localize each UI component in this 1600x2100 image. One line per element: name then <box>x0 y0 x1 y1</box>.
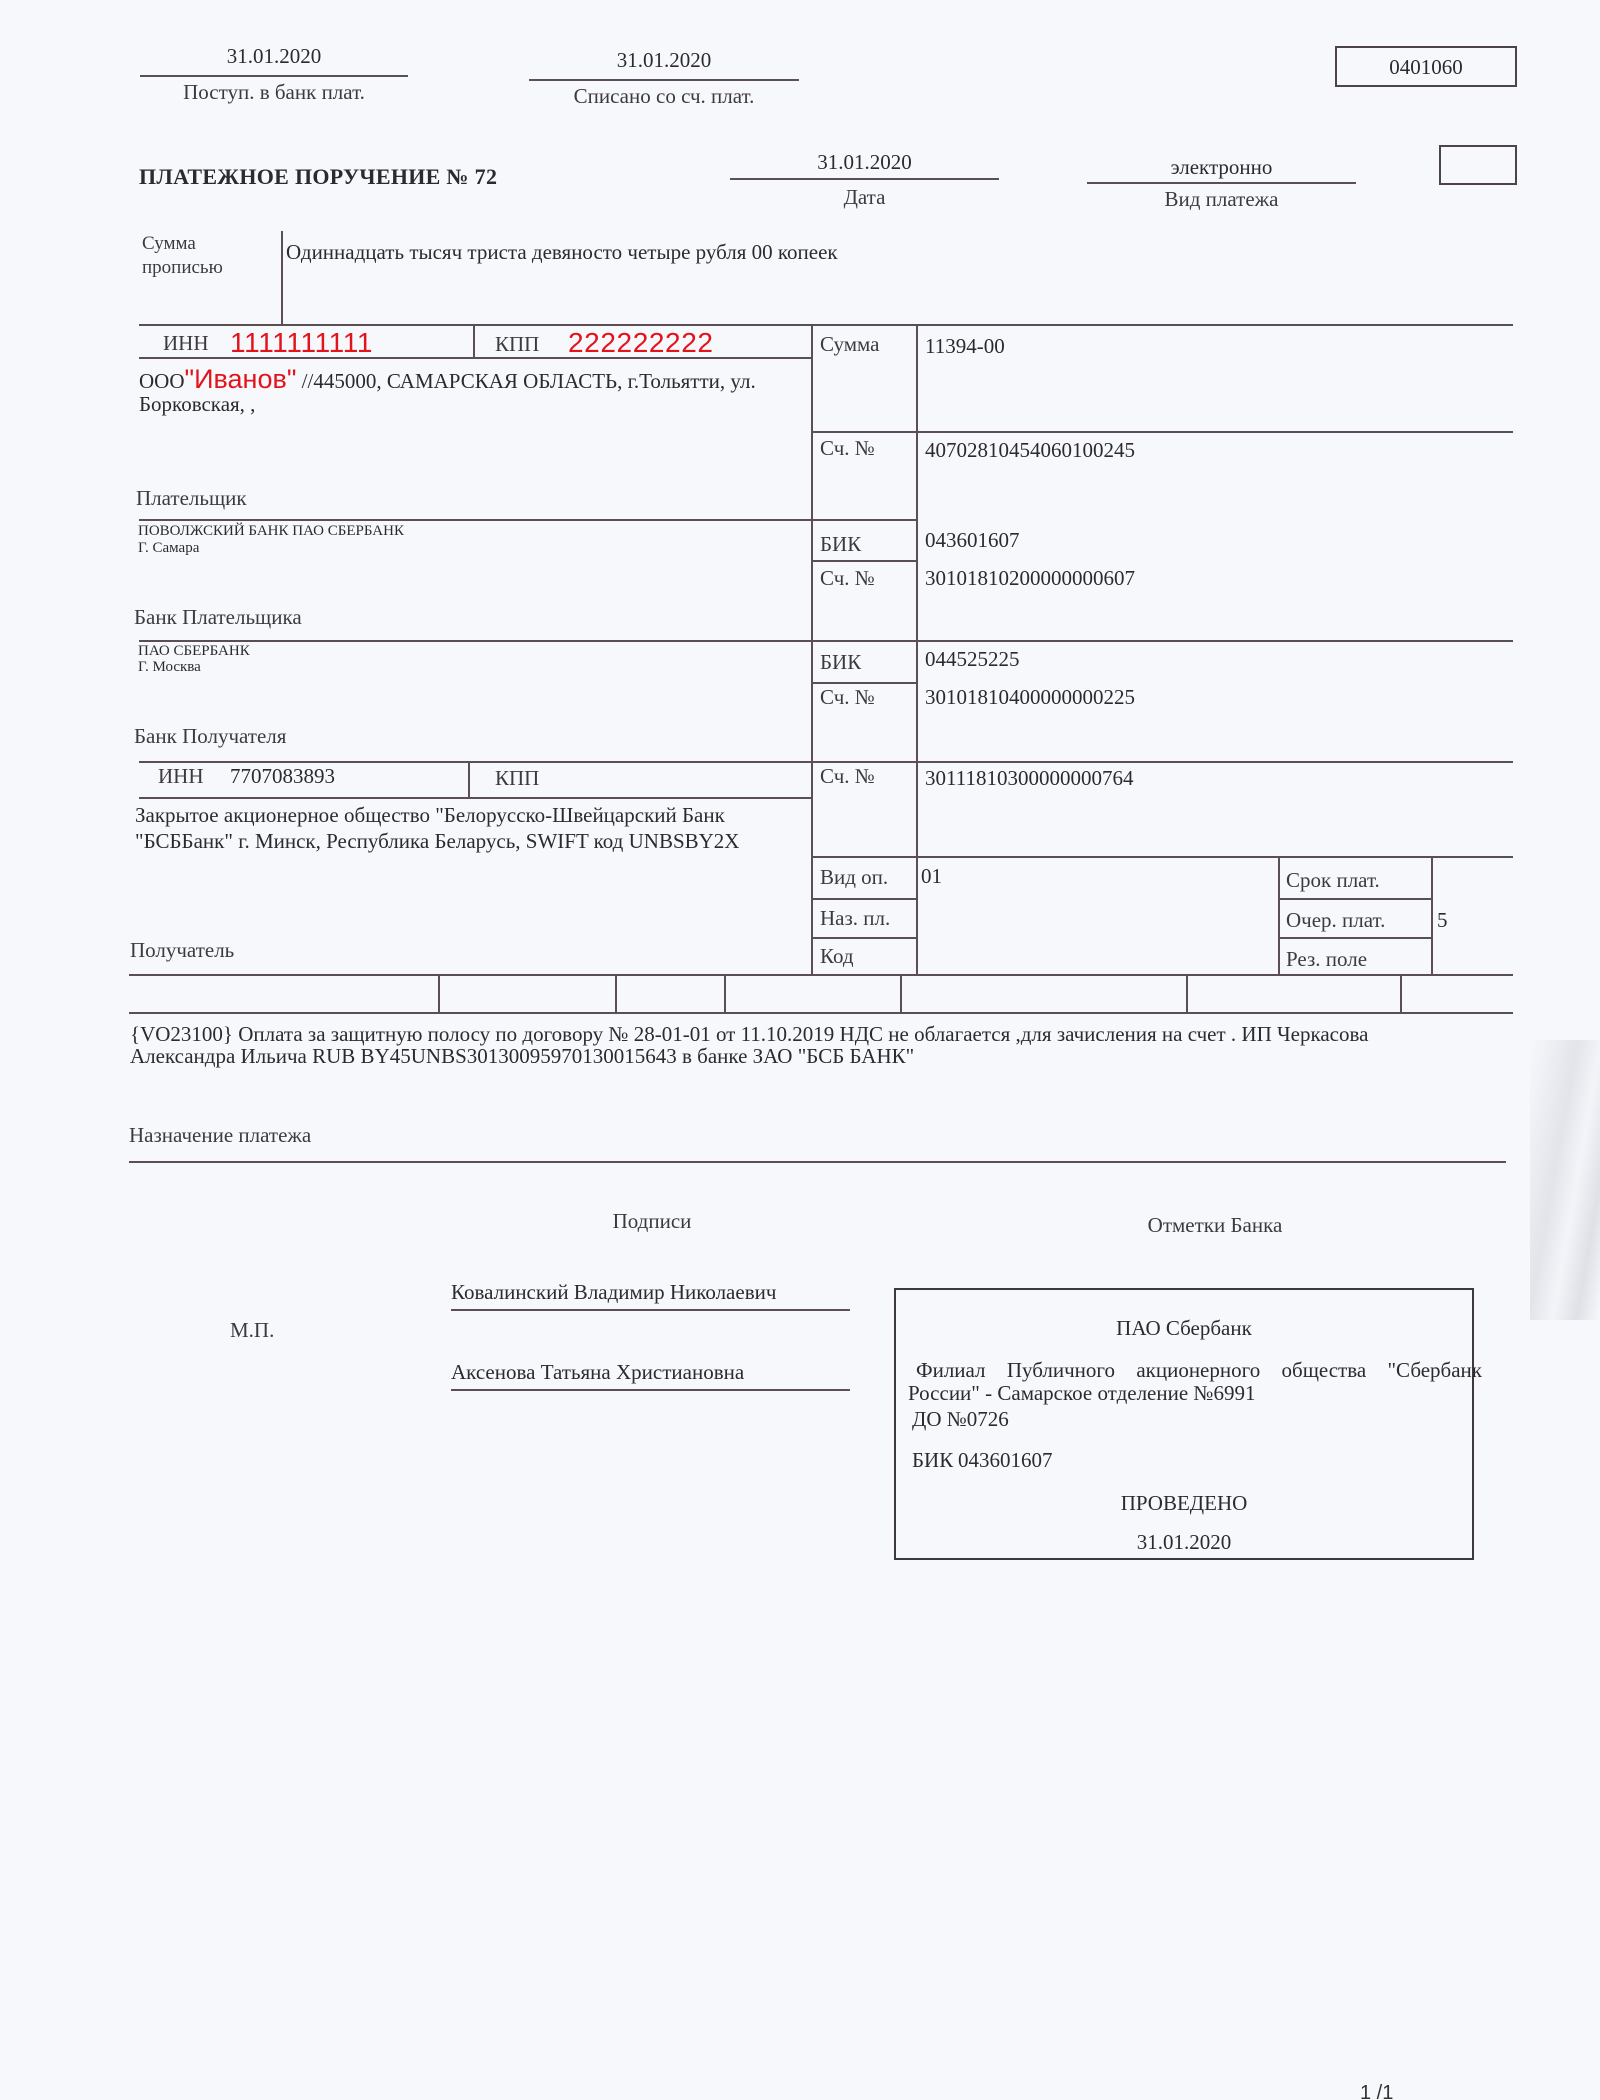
rule <box>813 898 918 900</box>
stamp-status: ПРОВЕДЕНО <box>896 1492 1472 1514</box>
signer-1: Ковалинский Владимир Николаевич <box>451 1281 776 1303</box>
payment-priority: 5 <box>1437 909 1448 931</box>
payee-name-line-2: "БСББанк" г. Минск, Республика Беларусь,… <box>135 830 739 852</box>
stamp-bank-name: ПАО Сбербанк <box>896 1317 1472 1339</box>
payer-name-prefix: ООО <box>139 369 185 393</box>
rule <box>140 75 408 77</box>
amount-words: Одиннадцать тысяч триста девяносто четыр… <box>286 241 838 263</box>
seal-placeholder: М.П. <box>230 1319 274 1341</box>
tax-field <box>438 975 615 1012</box>
rule <box>813 431 1513 433</box>
rule <box>139 797 813 799</box>
reserved-field-label: Рез. поле <box>1286 948 1367 970</box>
payee-bank-account: 30101810400000000225 <box>925 686 1135 708</box>
rule <box>139 761 1513 763</box>
signatures-label: Подписи <box>552 1210 752 1232</box>
tax-field <box>129 975 438 1012</box>
operation-type: 01 <box>921 865 942 887</box>
stamp-bik: 043601607 <box>958 1449 1053 1471</box>
payee-bank-account-label: Сч. № <box>820 686 875 708</box>
tax-field <box>724 975 900 1012</box>
code-label: Код <box>820 945 854 967</box>
signature-line <box>451 1309 850 1311</box>
rule <box>730 178 999 180</box>
payer-kpp-label: КПП <box>495 333 539 355</box>
tax-fields-row <box>129 975 1513 1012</box>
rule <box>1087 182 1356 184</box>
payer-account-label: Сч. № <box>820 437 875 459</box>
signature-line <box>451 1389 850 1391</box>
amount-label: Сумма <box>820 333 879 355</box>
debited-date: 31.01.2020 <box>529 49 799 71</box>
received-date-label: Поступ. в банк плат. <box>140 81 408 103</box>
rule <box>813 560 918 562</box>
rule <box>139 357 813 359</box>
document-title: ПЛАТЕЖНОЕ ПОРУЧЕНИЕ № 72 <box>139 165 497 189</box>
tax-field <box>1400 975 1513 1012</box>
payee-bank-label: Банк Получателя <box>134 725 286 747</box>
payer-name-redacted: "Иванов" <box>185 364 297 394</box>
rule <box>529 79 799 81</box>
payer-bank-bik-label: БИК <box>820 533 861 555</box>
payment-type: электронно <box>1087 156 1356 178</box>
stamp-branch-line-1: Филиал Публичного акционерного общества … <box>916 1359 1482 1381</box>
amount-words-label-2: прописью <box>142 257 223 279</box>
rule <box>1431 857 1433 975</box>
payer-address-line-2: Борковская, , <box>139 393 255 415</box>
signer-2: Аксенова Татьяна Христиановна <box>451 1361 744 1383</box>
received-date: 31.01.2020 <box>140 45 408 67</box>
payer-label: Плательщик <box>136 487 247 509</box>
payee-name-line-1: Закрытое акционерное общество "Белорусск… <box>135 804 725 826</box>
payer-kpp: 222222222 <box>568 328 714 358</box>
document-date: 31.01.2020 <box>730 151 999 173</box>
rule <box>1279 937 1432 939</box>
payer-bank-city: Г. Самара <box>138 540 199 557</box>
payee-inn: 7707083893 <box>230 765 335 787</box>
payment-purpose-line-2: Александра Ильича RUB BY45UNBS3013009597… <box>130 1045 914 1067</box>
stamp-bik-label: БИК <box>912 1449 953 1471</box>
payment-term-label: Срок плат. <box>1286 869 1380 891</box>
payer-account: 40702810454060100245 <box>925 439 1135 461</box>
payee-account: 30111810300000000764 <box>925 767 1133 789</box>
rule <box>811 325 813 975</box>
rule <box>129 1161 1506 1163</box>
form-code: 0401060 <box>1337 56 1515 78</box>
payment-purpose-label: Назначение платежа <box>129 1124 311 1146</box>
paper-crease <box>1530 1040 1600 1320</box>
debited-date-label: Списано со сч. плат. <box>529 85 799 107</box>
rule <box>139 324 1513 326</box>
rule <box>813 682 918 684</box>
rule <box>139 640 1513 642</box>
rule <box>813 856 1513 858</box>
tax-field <box>615 975 724 1012</box>
payee-account-label: Сч. № <box>820 765 875 787</box>
rule <box>281 231 283 324</box>
payer-inn-label: ИНН <box>163 332 209 354</box>
rule <box>129 1012 1513 1014</box>
payer-bank-bik: 043601607 <box>925 529 1020 551</box>
payer-bank-label: Банк Плательщика <box>134 606 302 628</box>
tax-field <box>1186 975 1400 1012</box>
stamp-date: 31.01.2020 <box>896 1531 1472 1553</box>
payer-bank-account-label: Сч. № <box>820 567 875 589</box>
payment-priority-label: Очер. плат. <box>1286 909 1385 931</box>
amount-value: 11394-00 <box>925 335 1005 357</box>
amount-words-label: Сумма <box>142 233 196 255</box>
bank-stamp: ПАО Сбербанк Филиал Публичного акционерн… <box>894 1288 1474 1560</box>
payer-bank-account: 30101810200000000607 <box>925 567 1135 589</box>
form-code-box: 0401060 <box>1335 46 1517 87</box>
payer-inn: 1111111111 <box>230 328 373 358</box>
page-indicator: 1 /1 <box>1360 2082 1393 2100</box>
payment-purpose-line-1: {VO23100} Оплата за защитную полосу по д… <box>130 1023 1368 1045</box>
bank-marks-label: Отметки Банка <box>1065 1214 1365 1236</box>
rule <box>139 519 918 521</box>
payee-bank-city: Г. Москва <box>138 659 201 676</box>
stamp-branch-line-2: России" - Самарское отделение №6991 <box>908 1382 1255 1404</box>
payee-kpp-label: КПП <box>495 767 539 789</box>
rule <box>1279 898 1432 900</box>
rule <box>468 762 470 798</box>
rule <box>1278 857 1280 975</box>
payer-address: //445000, САМАРСКАЯ ОБЛАСТЬ, г.Тольятти,… <box>296 369 755 393</box>
payee-bank-name: ПАО СБЕРБАНК <box>138 643 250 660</box>
payee-bank-bik: 044525225 <box>925 648 1020 670</box>
operation-type-label: Вид оп. <box>820 866 888 888</box>
payee-bank-bik-label: БИК <box>820 651 861 673</box>
payment-order-document: 31.01.2020 Поступ. в банк плат. 31.01.20… <box>0 0 1600 2100</box>
payee-label: Получатель <box>130 939 234 961</box>
rule <box>813 937 918 939</box>
tax-field <box>900 975 1186 1012</box>
payer-bank-name: ПОВОЛЖСКИЙ БАНК ПАО СБЕРБАНК <box>138 523 404 540</box>
rule <box>473 325 475 359</box>
status-code-box <box>1439 145 1517 185</box>
rule <box>916 325 918 975</box>
payer-name: ООО"Иванов" //445000, САМАРСКАЯ ОБЛАСТЬ,… <box>139 368 756 392</box>
payee-inn-label: ИНН <box>158 765 204 787</box>
document-date-label: Дата <box>730 186 999 208</box>
payment-purpose-code-label: Наз. пл. <box>820 907 890 929</box>
stamp-office: ДО №0726 <box>912 1408 1009 1430</box>
payment-type-label: Вид платежа <box>1087 188 1356 210</box>
